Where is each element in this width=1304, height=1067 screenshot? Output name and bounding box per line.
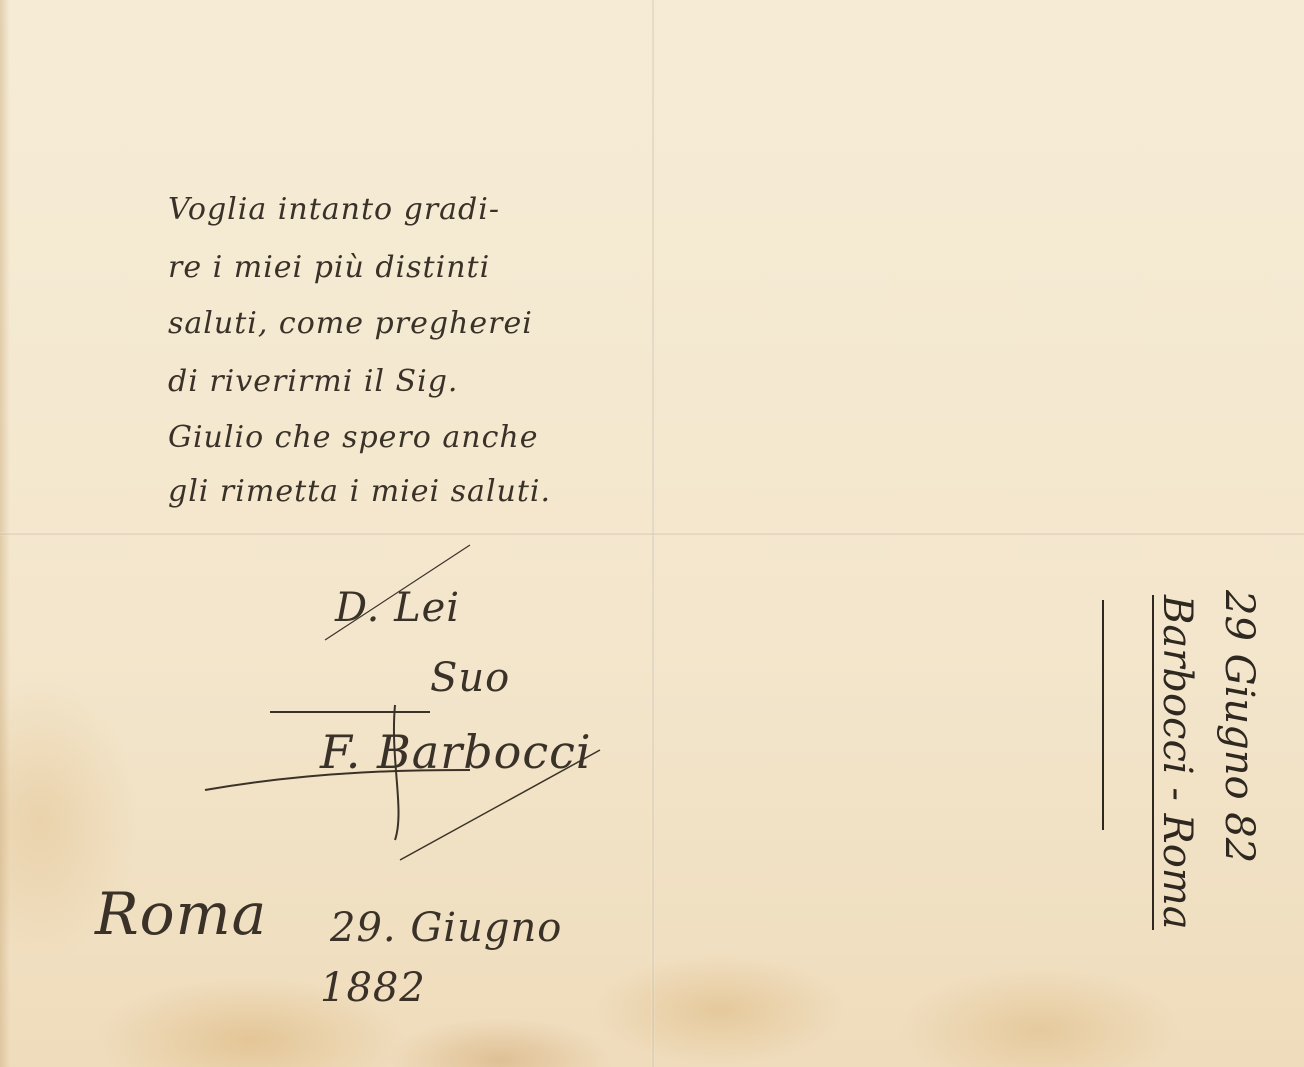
vertical-annotation-name: Barbocci - Roma <box>1152 595 1200 930</box>
body-line: di riverirmi il Sig. <box>168 364 458 399</box>
dateline-place: Roma <box>95 880 267 948</box>
body-line: gli rimetta i miei saluti. <box>168 474 551 509</box>
body-line: Voglia intanto gradi- <box>168 192 500 227</box>
letter-sheet: Voglia intanto gradi- re i miei più dist… <box>0 0 1304 1067</box>
closing-line-2: Suo <box>430 655 510 701</box>
body-line: Giulio che spero anche <box>168 420 538 455</box>
body-line: re i miei più distinti <box>168 250 490 285</box>
closing-line-1: D. Lei <box>335 585 460 631</box>
vertical-annotation-date: 29 Giugno 82 <box>1216 590 1262 863</box>
body-line: saluti, come pregherei <box>168 306 533 341</box>
dateline-date: 29. Giugno <box>330 905 562 951</box>
horizontal-fold-line <box>0 532 1304 536</box>
dateline-year: 1882 <box>320 965 426 1011</box>
signature: F. Barbocci <box>320 725 592 779</box>
